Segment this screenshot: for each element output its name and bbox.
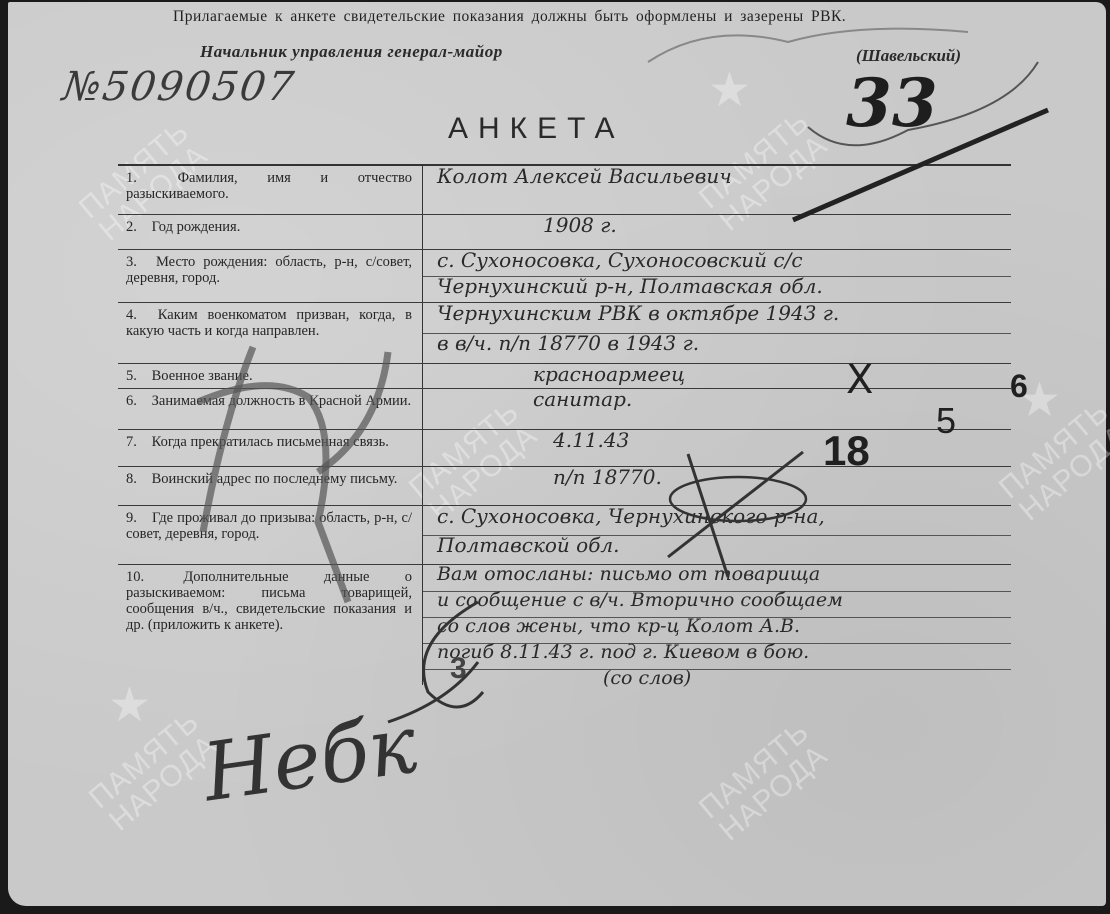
question-label: 1. Фамилия, имя и отчество разыскиваемог… — [118, 166, 423, 214]
handwritten-answer: п/п 18770. — [553, 465, 662, 489]
answer-cell: Колот Алексей Васильевич — [423, 166, 1011, 214]
question-number: 7. — [126, 434, 148, 450]
question-text: Когда прекратилась письменная связь. — [152, 434, 389, 450]
question-label: 10. Дополнительные данные о разыскиваемо… — [118, 565, 423, 685]
handwritten-answer: санитар. — [533, 387, 632, 411]
question-label: 4. Каким военкоматом призван, когда, в к… — [118, 303, 423, 363]
question-label: 7. Когда прекратилась письменная связь. — [118, 430, 423, 466]
question-text: Фамилия, имя и отчество разыскиваемого. — [126, 170, 412, 202]
document-page: Прилагаемые к анкете свидетельские показ… — [8, 2, 1106, 906]
handwritten-answer: со слов жены, что кр-ц Колот А.В. — [437, 615, 800, 637]
chief-title: Начальник управления генерал-майор — [200, 42, 503, 62]
handwritten-answer: Чернухинским РВК в октябре 1943 г. — [437, 301, 839, 325]
margin-number-18: 18 — [823, 427, 870, 475]
ruled-line — [423, 669, 1011, 670]
question-text: Военное звание. — [152, 368, 253, 384]
question-label: 6. Занимаемая должность в Красной Армии. — [118, 389, 423, 429]
handwritten-answer: в в/ч. п/п 18770 в 1943 г. — [437, 331, 699, 355]
handwritten-answer: (со слов) — [603, 667, 691, 689]
question-number: 4. — [126, 307, 148, 323]
question-number: 9. — [126, 510, 148, 526]
question-row: 3. Место рождения: область, р-н, с/совет… — [118, 250, 1011, 303]
star-watermark-icon: ★ — [108, 677, 151, 733]
question-row: 8. Воинский адрес по последнему письму.п… — [118, 467, 1011, 506]
question-number: 8. — [126, 471, 148, 487]
handwritten-answer: Чернухинский р-н, Полтавская обл. — [437, 274, 823, 298]
answer-cell: с. Сухоносовка, Сухоносовский с/сЧернухи… — [423, 250, 1011, 302]
question-number: 1. — [126, 170, 148, 186]
question-number: 3. — [126, 254, 148, 270]
answer-cell: Вам отосланы: письмо от товарищаи сообще… — [423, 565, 1011, 685]
handwritten-answer: погиб 8.11.43 г. под г. Киевом в бою. — [437, 641, 809, 663]
question-number: 5. — [126, 368, 148, 384]
question-text: Где проживал до призыва: область, р-н, с… — [126, 510, 412, 542]
handwritten-document-number: №5090507 — [60, 64, 298, 110]
signature: Небк — [198, 698, 423, 820]
page-title: АНКЕТА — [448, 112, 625, 146]
question-number: 10. — [126, 569, 148, 585]
answer-cell: санитар. — [423, 389, 1011, 429]
handwritten-answer: 1908 г. — [543, 213, 617, 237]
question-number: 2. — [126, 219, 148, 235]
corner-number: 33 — [846, 64, 938, 142]
question-text: Место рождения: область, р-н, с/совет, д… — [126, 254, 412, 286]
handwritten-answer: Колот Алексей Васильевич — [437, 164, 732, 188]
answer-cell: п/п 18770. — [423, 467, 1011, 505]
watermark: ПАМЯТЬНАРОДА — [694, 717, 834, 848]
question-label: 5. Военное звание. — [118, 364, 423, 388]
question-text: Дополнительные данные о разыскиваемом: п… — [126, 569, 412, 633]
question-number: 6. — [126, 393, 148, 409]
question-label: 2. Год рождения. — [118, 215, 423, 249]
answer-cell: с. Сухоносовка, Чернухинского р-на,Полта… — [423, 506, 1011, 564]
handwritten-answer: Вам отосланы: письмо от товарища — [437, 563, 820, 585]
question-text: Занимаемая должность в Красной Армии. — [152, 393, 412, 409]
question-label: 3. Место рождения: область, р-н, с/совет… — [118, 250, 423, 302]
chief-name: (Шавельский) — [856, 46, 961, 66]
handwritten-answer: красноармеец — [533, 362, 685, 386]
question-row: 5. Военное звание.красноармеец — [118, 364, 1011, 389]
handwritten-answer: и сообщение с в/ч. Вторично сообщаем — [437, 589, 843, 611]
handwritten-answer: с. Сухоносовка, Чернухинского р-на, — [437, 504, 825, 528]
x-mark: X — [846, 357, 873, 403]
margin-number-5: 5 — [936, 400, 956, 442]
question-row: 2. Год рождения.1908 г. — [118, 215, 1011, 250]
answer-cell: 1908 г. — [423, 215, 1011, 249]
question-text: Каким военкоматом призван, когда, в каку… — [126, 307, 412, 339]
questionnaire-table: 1. Фамилия, имя и отчество разыскиваемог… — [118, 164, 1011, 685]
watermark: ПАМЯТЬНАРОДА — [994, 397, 1110, 528]
question-row: 1. Фамилия, имя и отчество разыскиваемог… — [118, 164, 1011, 215]
question-row: 7. Когда прекратилась письменная связь.4… — [118, 430, 1011, 467]
handwritten-answer: 4.11.43 — [553, 428, 629, 452]
handwritten-answer: с. Сухоносовка, Сухоносовский с/с — [437, 248, 803, 272]
handwritten-answer: Полтавской обл. — [437, 533, 620, 557]
question-row: 10. Дополнительные данные о разыскиваемо… — [118, 565, 1011, 685]
question-row: 6. Занимаемая должность в Красной Армии.… — [118, 389, 1011, 430]
circled-stamp-number: 3 — [450, 652, 467, 686]
answer-cell: Чернухинским РВК в октябре 1943 г.в в/ч.… — [423, 303, 1011, 363]
question-label: 8. Воинский адрес по последнему письму. — [118, 467, 423, 505]
question-label: 9. Где проживал до призыва: область, р-н… — [118, 506, 423, 564]
question-text: Год рождения. — [152, 219, 241, 235]
question-text: Воинский адрес по последнему письму. — [152, 471, 398, 487]
star-watermark-icon: ★ — [708, 62, 751, 118]
question-row: 9. Где проживал до призыва: область, р-н… — [118, 506, 1011, 565]
question-row: 4. Каким военкоматом призван, когда, в к… — [118, 303, 1011, 364]
margin-number-6: 6 — [1010, 368, 1028, 405]
notice-text: Прилагаемые к анкете свидетельские показ… — [173, 8, 846, 26]
answer-cell: красноармеец — [423, 364, 1011, 388]
answer-cell: 4.11.43 — [423, 430, 1011, 466]
